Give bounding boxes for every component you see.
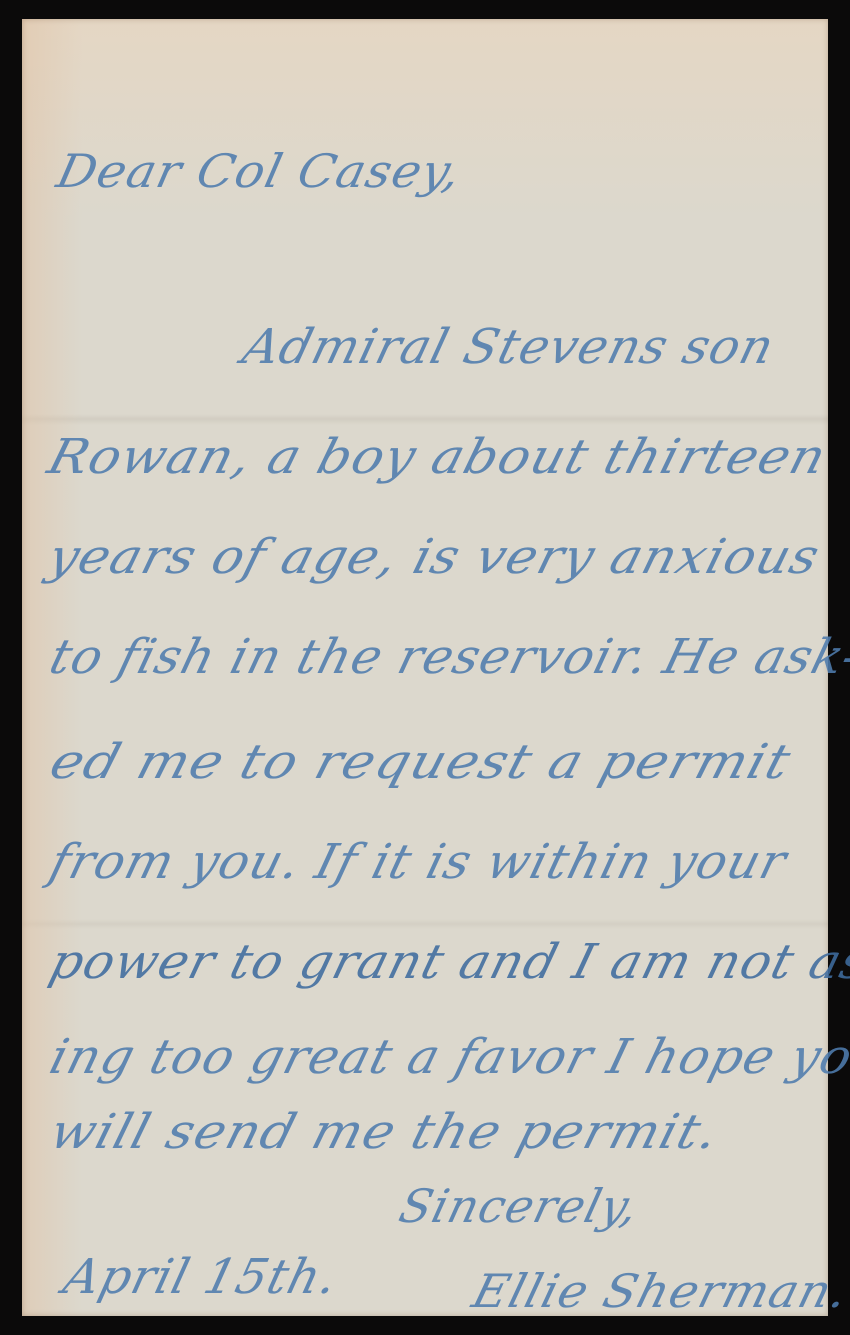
body-line-7: power to grant and I am not ask- [44,934,850,990]
body-line-2: Rowan, a boy about thirteen [42,429,833,485]
salutation: Dear Col Casey, [52,144,467,198]
body-line-4: to fish in the reservoir. He ask- [44,629,850,685]
body-line-9: will send me the permit. [44,1104,725,1160]
date: April 15th. [58,1249,344,1305]
body-line-3: years of age, is very anxious [42,529,826,585]
signature: Ellie Sherman. [467,1264,850,1318]
body-line-6: from you. If it is within your [44,834,793,890]
body-line-1: Admiral Stevens son [237,319,780,375]
body-line-5: ed me to request a permit [44,734,797,790]
body-line-8: ing too great a favor I hope you [44,1029,850,1085]
closing: Sincerely, [394,1179,645,1233]
letter-page: Dear Col Casey, Admiral Stevens son Rowa… [22,19,828,1316]
